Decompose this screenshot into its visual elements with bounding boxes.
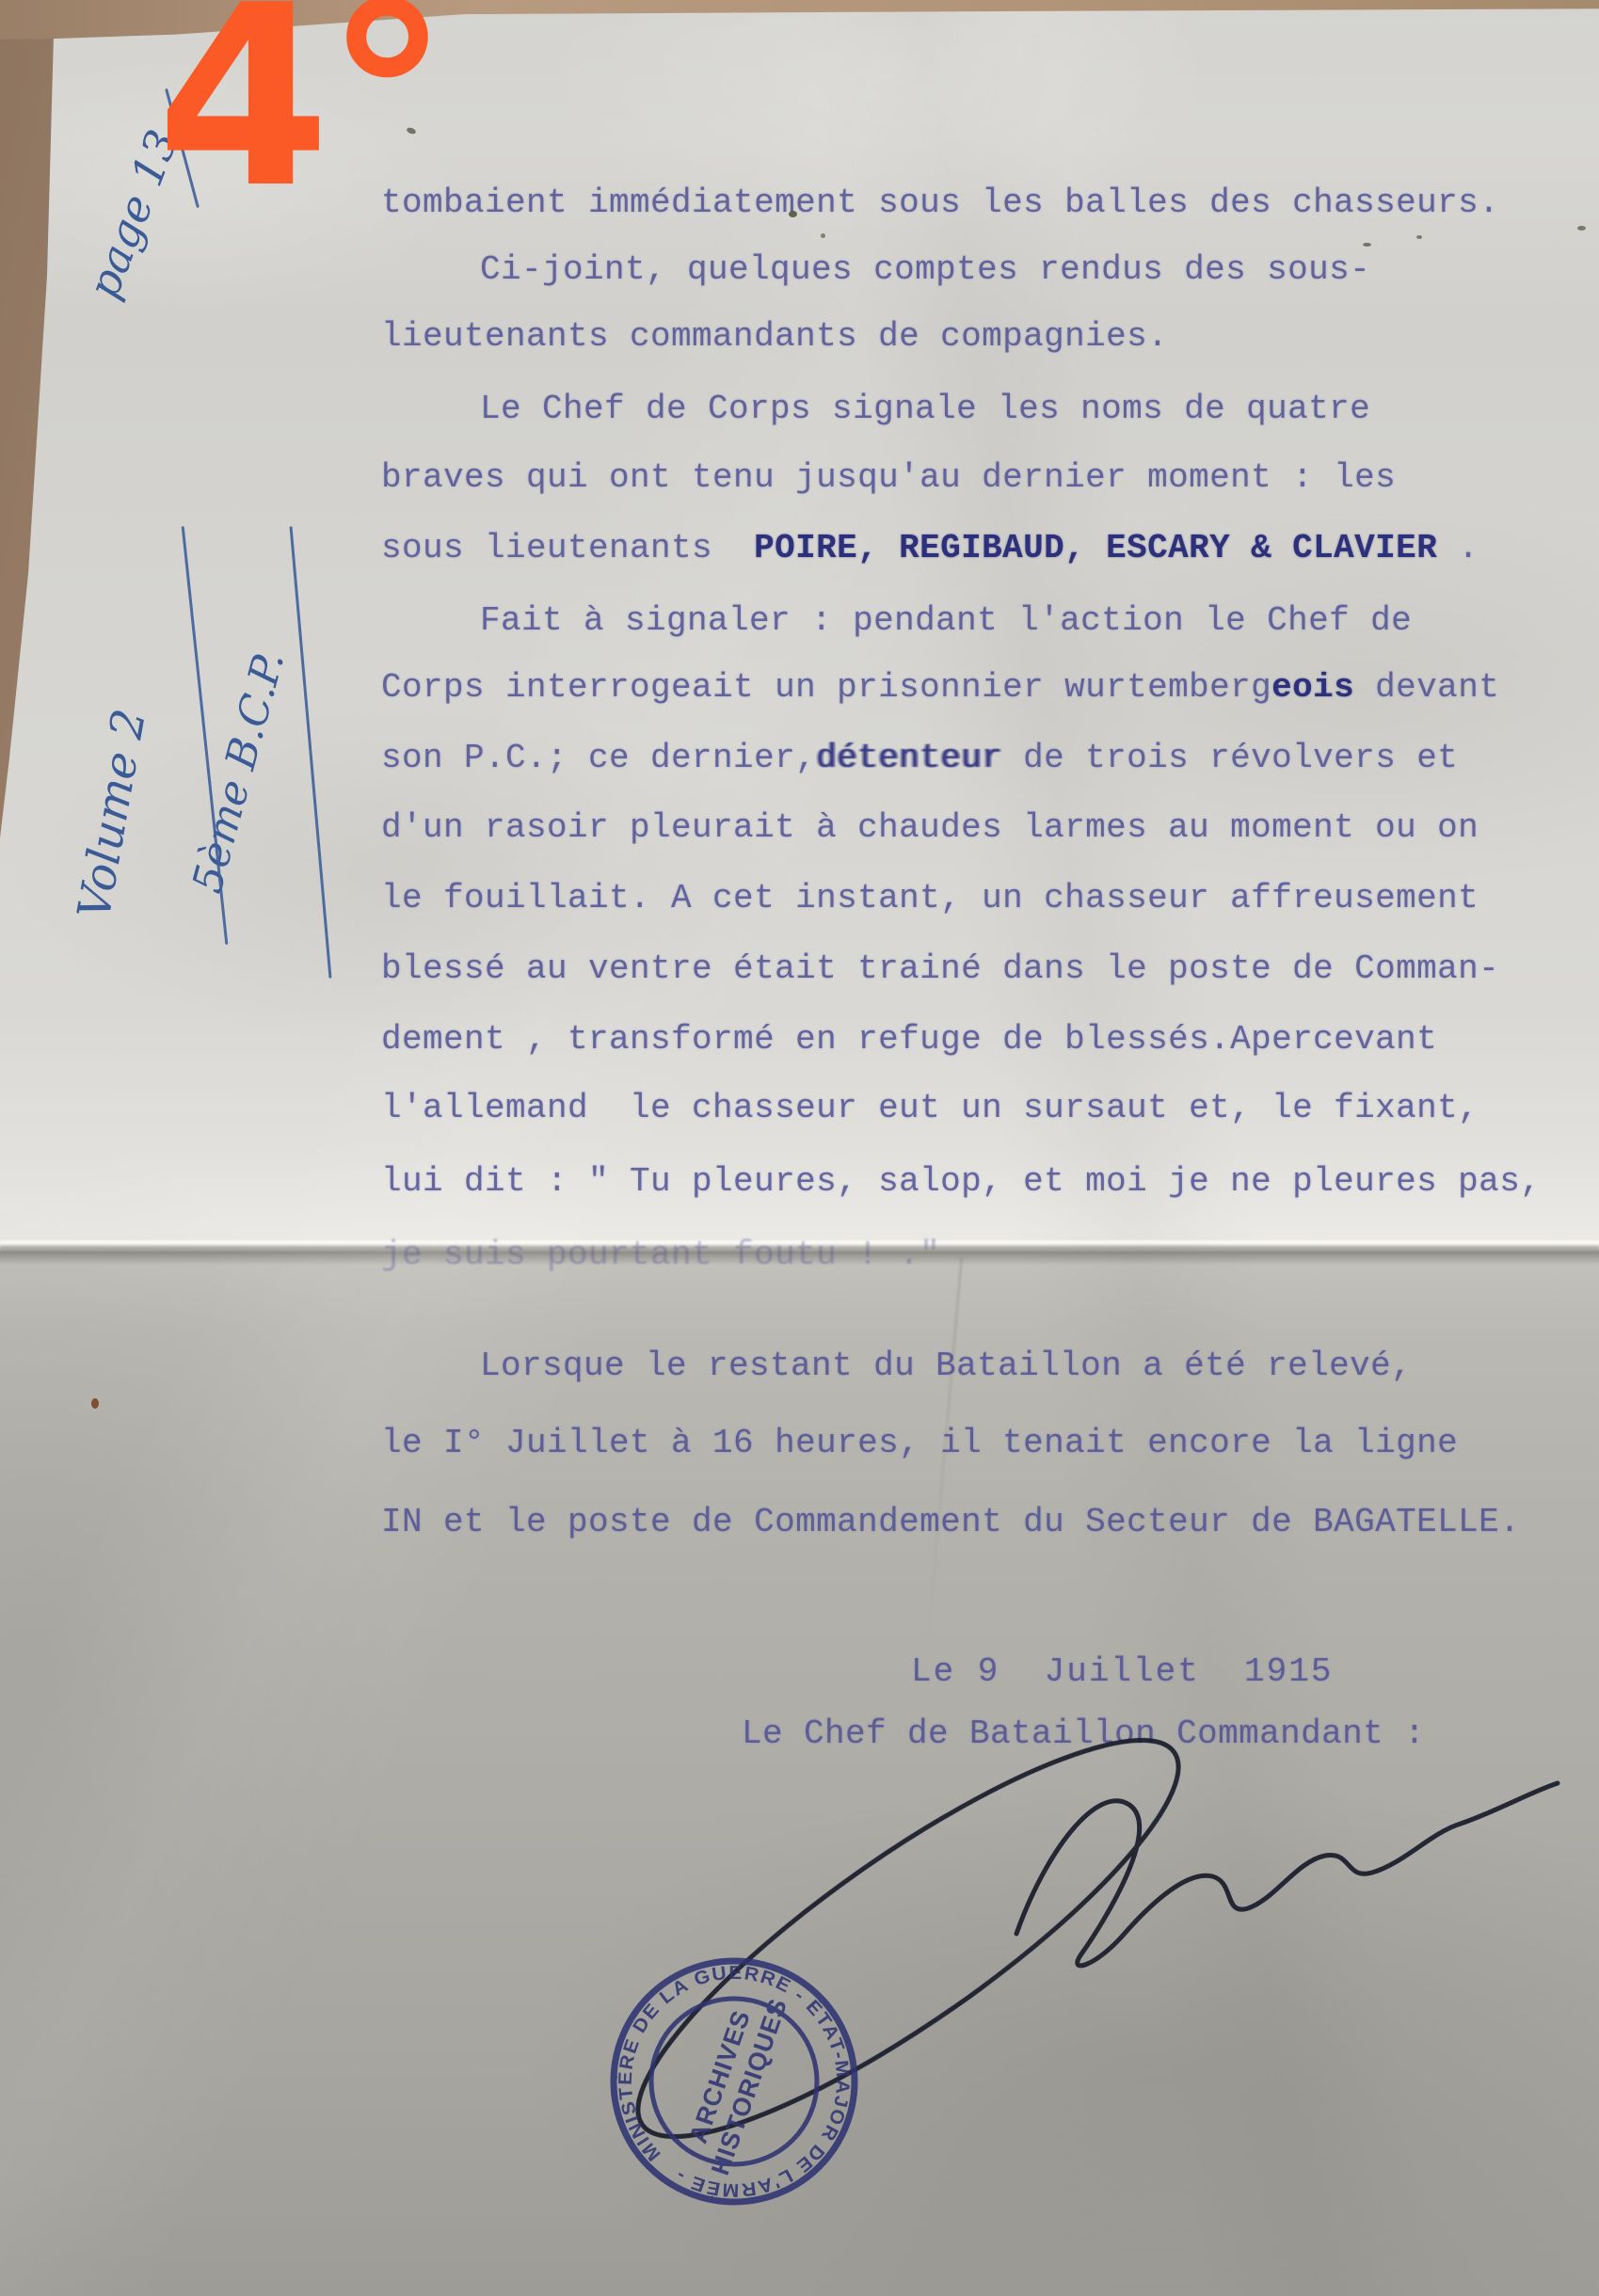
pinhole: [1416, 235, 1422, 239]
typed-line: son P.C.; ce dernier,détenteur de trois …: [381, 739, 1458, 777]
margin-note-volume: Volume 2: [65, 689, 157, 938]
signature-letters: [1016, 1783, 1558, 1966]
typed-line: lui dit : " Tu pleures, salop, et moi je…: [381, 1162, 1541, 1201]
typed-line: tombaient immédiatement sous les balles …: [381, 183, 1499, 222]
typed-segment: .: [1437, 529, 1479, 567]
typed-line: le fouillait. A cet instant, un chasseur…: [381, 879, 1479, 917]
typed-line: braves qui ont tenu jusqu'au dernier mom…: [381, 458, 1396, 497]
typed-line: lieutenants commandants de compagnies.: [381, 317, 1168, 356]
typed-line: dement , transformé en refuge de blessés…: [381, 1020, 1437, 1059]
typed-overstrike: eois: [1271, 668, 1354, 707]
typed-segment: Corps interrogeait un prisonnier wurtemb…: [381, 668, 1271, 707]
typed-overstrike: détenteur: [816, 739, 1002, 777]
pinhole: [1363, 243, 1371, 247]
typed-line: le I° Juillet à 16 heures, il tenait enc…: [381, 1424, 1458, 1462]
typed-line: IN et le poste de Commandement du Secteu…: [381, 1503, 1520, 1541]
typed-line: l'allemand le chasseur eut un sursaut et…: [381, 1089, 1479, 1127]
margin-ink-stroke: [290, 526, 332, 978]
rust-stain: [91, 1398, 99, 1409]
typed-line: Corps interrogeait un prisonnier wurtemb…: [381, 668, 1499, 707]
typed-segment: son P.C.; ce dernier,: [381, 739, 816, 777]
archive-stamp: MINISTÈRE DE LA GUERRE - ÉTAT-MAJOR DE L…: [593, 1940, 875, 2223]
typed-names: POIRE, REGIBAUD, ESCARY & CLAVIER: [754, 529, 1437, 567]
typed-line: sous lieutenants POIRE, REGIBAUD, ESCARY…: [381, 529, 1479, 567]
stamp-ring-text: MINISTÈRE DE LA GUERRE - ÉTAT-MAJOR DE L…: [593, 1940, 875, 2223]
typed-line: Fait à signaler : pendant l'action le Ch…: [480, 601, 1412, 640]
typed-date-line: Le 9 Juillet 1915: [911, 1652, 1333, 1691]
typed-line: Le Chef de Corps signale les noms de qua…: [480, 390, 1370, 428]
document-photo: 4° page 13 Volume 2 5ème B.C.P. tombaien…: [0, 0, 1599, 2296]
pinhole: [1577, 226, 1586, 231]
typed-line: Lorsque le restant du Bataillon a été re…: [480, 1347, 1412, 1385]
typed-line: je suis pourtant foutu ! .": [381, 1236, 940, 1274]
typed-segment: devant: [1354, 668, 1499, 707]
svg-text:MINISTÈRE DE LA GUERRE - ÉTAT-: MINISTÈRE DE LA GUERRE - ÉTAT-MAJOR DE L…: [593, 1940, 875, 2223]
typed-line: Ci-joint, quelques comptes rendus des so…: [480, 250, 1370, 289]
typed-line: d'un rasoir pleurait à chaudes larmes au…: [381, 808, 1479, 847]
typed-segment: sous lieutenants: [381, 529, 754, 567]
typed-line: blessé au ventre était trainé dans le po…: [381, 949, 1499, 988]
typed-segment: de trois révolvers et: [1002, 739, 1458, 777]
corner-index-label: 4°: [156, 0, 444, 222]
paper-speck: [821, 233, 825, 238]
